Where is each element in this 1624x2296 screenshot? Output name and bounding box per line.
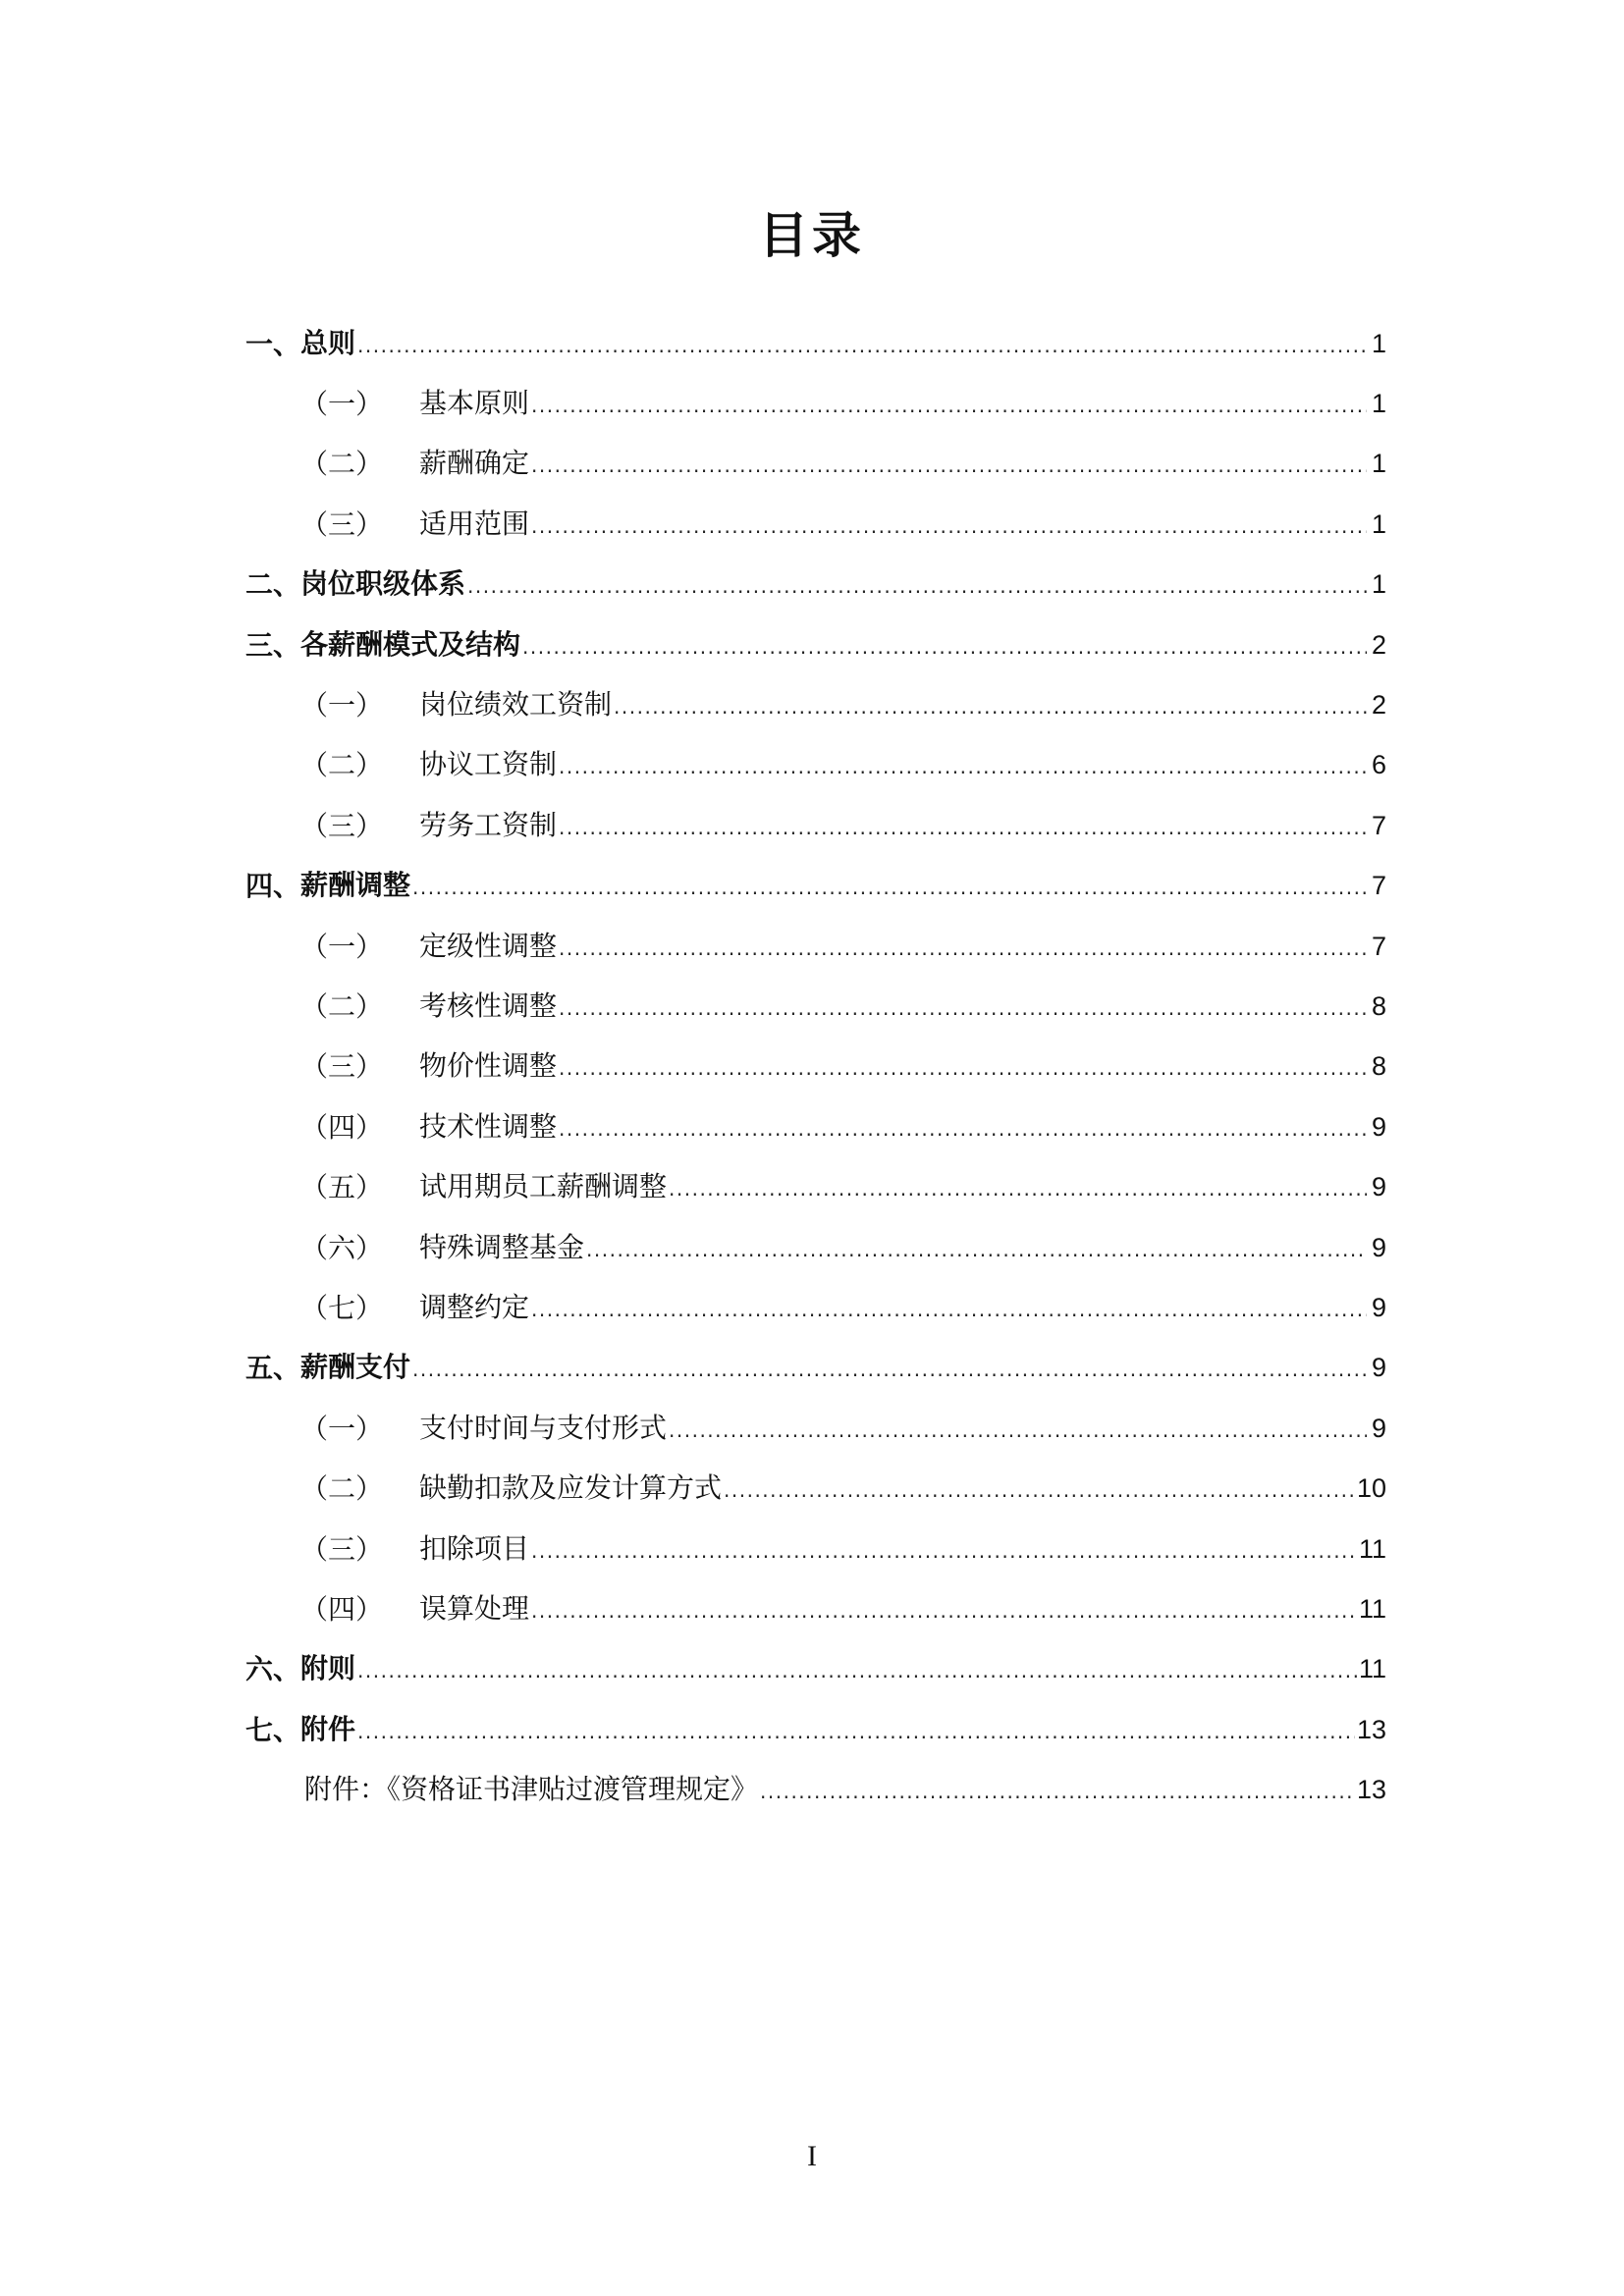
- toc-entry-number: （一）: [300, 385, 399, 424]
- toc-entry-3[interactable]: 三、 各薪酬模式及结构2: [245, 615, 1386, 675]
- dot-leader: [531, 446, 1367, 485]
- toc-entry-number: （二）: [300, 988, 399, 1027]
- toc-entry-page[interactable]: 6: [1369, 745, 1386, 784]
- dot-leader: [760, 1772, 1355, 1811]
- toc-entry-label[interactable]: 技术性调整: [419, 1107, 557, 1147]
- toc-entry-3-1[interactable]: （一） 岗位绩效工资制2: [245, 675, 1386, 735]
- toc-entry-number: （一）: [300, 686, 399, 725]
- toc-entry-label[interactable]: 薪酬确定: [419, 444, 529, 483]
- toc-entry-page[interactable]: 1: [1369, 384, 1386, 423]
- toc-entry-2[interactable]: 二、 岗位职级体系1: [245, 556, 1386, 615]
- dot-leader: [531, 386, 1367, 425]
- toc-entry-label[interactable]: 劳务工资制: [419, 806, 557, 845]
- toc-entry-4-3[interactable]: （三） 物价性调整8: [245, 1038, 1386, 1097]
- toc-entry-number: （五）: [300, 1168, 399, 1207]
- toc-entry-number: （七）: [300, 1289, 399, 1328]
- toc-entry-page[interactable]: 1: [1369, 444, 1386, 483]
- toc-entry-page[interactable]: 2: [1369, 625, 1386, 665]
- dot-leader: [357, 1712, 1355, 1751]
- toc-entry-page[interactable]: 11: [1359, 1589, 1386, 1629]
- toc-entry-7[interactable]: 七、 附件13: [245, 1700, 1386, 1760]
- toc-entry-label[interactable]: 岗位职级体系: [300, 564, 465, 604]
- dot-leader: [531, 1290, 1367, 1329]
- toc-entry-number: （四）: [300, 1590, 399, 1629]
- toc-entry-number: （一）: [300, 928, 399, 967]
- toc-entry-page[interactable]: 9: [1369, 1348, 1386, 1387]
- toc-entry-3-3[interactable]: （三） 劳务工资制7: [245, 796, 1386, 856]
- dot-leader: [669, 1411, 1367, 1450]
- toc-entry-5[interactable]: 五、 薪酬支付9: [245, 1339, 1386, 1399]
- toc-entry-page[interactable]: 7: [1369, 927, 1386, 966]
- toc-entry-page[interactable]: 1: [1369, 324, 1386, 363]
- dot-leader: [412, 1350, 1367, 1389]
- toc-entry-number: （二）: [300, 1469, 399, 1509]
- toc-entry-label[interactable]: 特殊调整基金: [419, 1228, 584, 1267]
- page-number-footer: I: [0, 2140, 1624, 2173]
- toc-entry-5-3[interactable]: （三） 扣除项目11: [245, 1520, 1386, 1579]
- dot-leader: [357, 1651, 1357, 1690]
- toc-entry-4-2[interactable]: （二） 考核性调整8: [245, 977, 1386, 1037]
- toc-entry-5-4[interactable]: （四） 误算处理11: [245, 1579, 1386, 1639]
- toc-entry-4-7[interactable]: （七） 调整约定9: [245, 1278, 1386, 1338]
- toc-entry-1-2[interactable]: （二） 薪酬确定1: [245, 435, 1386, 495]
- dot-leader: [559, 929, 1367, 968]
- toc-entry-number: （四）: [300, 1108, 399, 1148]
- toc-entry-page[interactable]: 13: [1357, 1770, 1386, 1809]
- toc-entry-label[interactable]: 附件: [300, 1710, 355, 1749]
- toc-entry-page[interactable]: 9: [1369, 1107, 1386, 1147]
- toc-entry-number: 五、: [245, 1349, 300, 1388]
- toc-entry-label[interactable]: 扣除项目: [419, 1529, 529, 1569]
- toc-entry-page[interactable]: 2: [1369, 685, 1386, 724]
- toc-entry-number: （三）: [300, 1530, 399, 1570]
- toc-entry-number: （三）: [300, 506, 399, 545]
- dot-leader: [559, 1048, 1367, 1088]
- table-of-contents: 一、 总则1 （一） 基本原则1 （二） 薪酬确定1 （三） 适用范围1 二、 …: [245, 314, 1386, 1821]
- dot-leader: [586, 1230, 1367, 1269]
- toc-entry-3-2[interactable]: （二） 协议工资制6: [245, 736, 1386, 796]
- toc-entry-page[interactable]: 9: [1369, 1288, 1386, 1327]
- toc-entry-4-6[interactable]: （六） 特殊调整基金9: [245, 1218, 1386, 1278]
- dot-leader: [357, 326, 1367, 365]
- toc-entry-label[interactable]: 薪酬支付: [300, 1348, 410, 1387]
- toc-entry-number: （二）: [300, 445, 399, 484]
- page-title: 目录: [0, 204, 1624, 267]
- toc-entry-4-1[interactable]: （一） 定级性调整7: [245, 917, 1386, 977]
- toc-entry-label[interactable]: 适用范围: [419, 505, 529, 544]
- dot-leader: [531, 507, 1367, 546]
- toc-entry-page[interactable]: 8: [1369, 1046, 1386, 1086]
- toc-entry-label[interactable]: 试用期员工薪酬调整: [419, 1167, 667, 1206]
- dot-leader: [531, 1531, 1357, 1571]
- toc-entry-number: 三、: [245, 626, 300, 666]
- toc-entry-number: 六、: [245, 1650, 300, 1689]
- toc-entry-label[interactable]: 缺勤扣款及应发计算方式: [419, 1468, 722, 1508]
- toc-entry-label[interactable]: 物价性调整: [419, 1046, 557, 1086]
- toc-entry-page[interactable]: 1: [1369, 505, 1386, 544]
- toc-entry-label[interactable]: 岗位绩效工资制: [419, 685, 612, 724]
- toc-entry-label[interactable]: 基本原则: [419, 384, 529, 423]
- toc-entry-label[interactable]: 误算处理: [419, 1589, 529, 1629]
- toc-entry-page[interactable]: 9: [1369, 1228, 1386, 1267]
- toc-entry-number: （三）: [300, 807, 399, 846]
- toc-entry-page[interactable]: 7: [1369, 866, 1386, 905]
- dot-leader: [724, 1470, 1355, 1510]
- dot-leader: [467, 566, 1367, 606]
- toc-entry-page[interactable]: 8: [1369, 987, 1386, 1026]
- toc-entry-label[interactable]: 各薪酬模式及结构: [300, 625, 520, 665]
- toc-entry-label[interactable]: 附则: [300, 1649, 355, 1688]
- toc-entry-label[interactable]: 考核性调整: [419, 987, 557, 1026]
- toc-entry-6[interactable]: 六、 附则11: [245, 1640, 1386, 1700]
- toc-entry-number: （一）: [300, 1410, 399, 1449]
- toc-entry-5-2[interactable]: （二） 缺勤扣款及应发计算方式10: [245, 1459, 1386, 1519]
- toc-entry-label[interactable]: 附件：《资格证书津贴过渡管理规定》: [304, 1770, 758, 1809]
- toc-entry-number: 七、: [245, 1711, 300, 1750]
- toc-entry-number: 四、: [245, 867, 300, 906]
- dot-leader: [522, 627, 1367, 667]
- toc-entry-page[interactable]: 9: [1369, 1167, 1386, 1206]
- toc-entry-number: （六）: [300, 1229, 399, 1268]
- dot-leader: [531, 1591, 1357, 1630]
- toc-entry-page[interactable]: 10: [1357, 1468, 1386, 1508]
- dot-leader: [559, 808, 1367, 847]
- toc-entry-page[interactable]: 9: [1369, 1409, 1386, 1448]
- toc-entry-label[interactable]: 总则: [300, 324, 355, 363]
- toc-entry-number: （二）: [300, 746, 399, 785]
- dot-leader: [412, 868, 1367, 907]
- toc-entry-number: 一、: [245, 325, 300, 364]
- toc-entry-number: （三）: [300, 1047, 399, 1087]
- toc-entry-page[interactable]: 13: [1357, 1710, 1386, 1749]
- dot-leader: [559, 1109, 1367, 1148]
- toc-entry-1-3[interactable]: （三） 适用范围1: [245, 495, 1386, 555]
- toc-entry-4-4[interactable]: （四） 技术性调整9: [245, 1097, 1386, 1157]
- toc-entry-label[interactable]: 调整约定: [419, 1288, 529, 1327]
- toc-entry-label[interactable]: 协议工资制: [419, 745, 557, 784]
- dot-leader: [559, 747, 1367, 786]
- toc-entry-label[interactable]: 支付时间与支付形式: [419, 1409, 667, 1448]
- toc-entry-1[interactable]: 一、 总则1: [245, 314, 1386, 374]
- toc-entry-4[interactable]: 四、 薪酬调整7: [245, 857, 1386, 917]
- toc-entry-1-1[interactable]: （一） 基本原则1: [245, 374, 1386, 434]
- toc-entry-7-attachment[interactable]: 附件：《资格证书津贴过渡管理规定》13: [245, 1760, 1386, 1820]
- toc-entry-page[interactable]: 7: [1369, 806, 1386, 845]
- toc-entry-label[interactable]: 定级性调整: [419, 927, 557, 966]
- toc-entry-5-1[interactable]: （一） 支付时间与支付形式9: [245, 1399, 1386, 1459]
- toc-entry-4-5[interactable]: （五） 试用期员工薪酬调整9: [245, 1157, 1386, 1217]
- toc-entry-page[interactable]: 11: [1359, 1649, 1386, 1688]
- dot-leader: [669, 1169, 1367, 1208]
- toc-entry-page[interactable]: 11: [1359, 1529, 1386, 1569]
- dot-leader: [559, 988, 1367, 1028]
- toc-entry-number: 二、: [245, 565, 300, 605]
- dot-leader: [614, 687, 1367, 726]
- toc-entry-label[interactable]: 薪酬调整: [300, 866, 410, 905]
- toc-entry-page[interactable]: 1: [1369, 564, 1386, 604]
